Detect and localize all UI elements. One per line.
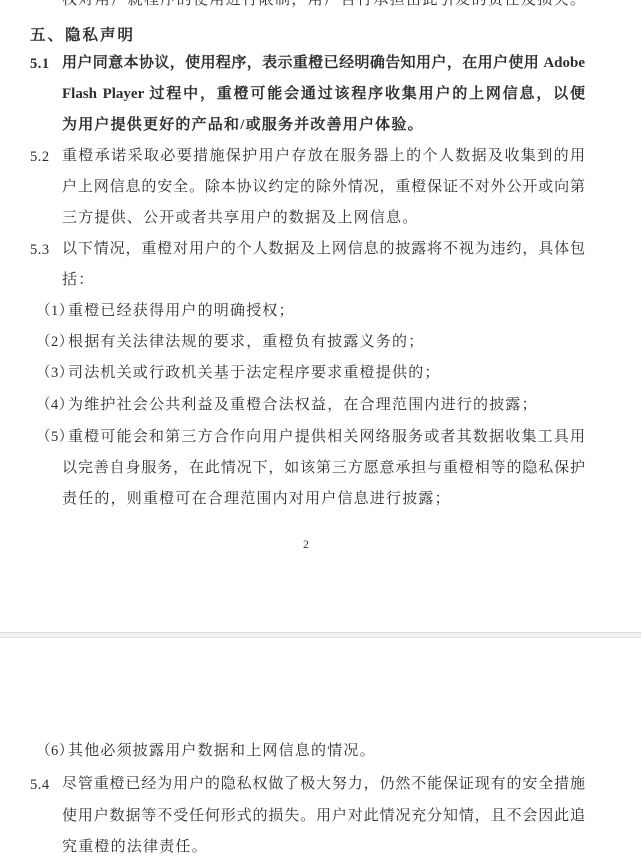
page-number: 2 (0, 537, 612, 552)
item-4-text: 为维护社会公共利益及重橙合法权益，在合理范围内进行的披露； (68, 396, 585, 414)
clause-5-4-line-2: 使用户数据等不受任何形式的损失。用户对此情况充分知情，且不会因此追 (62, 807, 585, 825)
item-2-text: 根据有关法律法规的要求，重橙负有披露义务的； (68, 333, 585, 351)
item-5-line-1: 重橙可能会和第三方合作向用户提供相关网络服务或者其数据收集工具用 (68, 428, 585, 446)
item-5-line-3: 责任的，则重橙可在合理范围内对用户信息进行披露； (62, 490, 585, 508)
section-heading-privacy: 五、隐私声明 (30, 26, 135, 45)
clause-5-4-line-3: 究重橙的法律责任。 (62, 838, 585, 856)
clause-5-3-line-1: 以下情况，重橙对用户的个人数据及上网信息的披露将不视为违约，具体包 (62, 240, 585, 258)
clause-5-2-line-3: 三方提供、公开或者共享用户的数据及上网信息。 (62, 209, 585, 227)
clause-5-2-line-1: 重橙承诺采取必要措施保护用户存放在服务器上的个人数据及收集到的用 (62, 147, 585, 165)
clause-5-1-line-2: Flash Player 过程中，重橙可能会通过该程序收集用户的上网信息，以便 (62, 85, 585, 103)
item-5-line-2: 以完善自身服务，在此情况下，如该第三方愿意承担与重橙相等的隐私保护 (62, 459, 585, 477)
clause-5-1-line-3: 为用户提供更好的产品和/或服务并改善用户体验。 (62, 116, 585, 134)
clipped-top-line: 权对用户就程序的使用进行限制，用户自行承担由此引发的责任及损失。 (62, 0, 585, 9)
clause-5-4-line-1: 尽管重橙已经为用户的隐私权做了极大努力，仍然不能保证现有的安全措施 (62, 775, 585, 793)
clause-5-1-number: 5.1 (30, 55, 50, 73)
clause-5-1-line-1: 用户同意本协议，使用程序，表示重橙已经明确告知用户，在用户使用 Adobe (62, 54, 585, 72)
page-separator (0, 632, 641, 638)
clause-5-2-line-2: 户上网信息的安全。除本协议约定的除外情况，重橙保证不对外公开或向第 (62, 178, 585, 196)
clause-5-2-number: 5.2 (30, 148, 50, 166)
document-page: 权对用户就程序的使用进行限制，用户自行承担由此引发的责任及损失。 五、隐私声明 … (0, 0, 641, 856)
item-6-text: 其他必须披露用户数据和上网信息的情况。 (68, 742, 585, 760)
document-viewer: { "page2": { "clipped_line": "权对用户就程序的使用… (0, 0, 641, 856)
clause-5-3-line-2: 括： (62, 271, 585, 289)
item-1-text: 重橙已经获得用户的明确授权； (68, 302, 585, 320)
clause-5-3-number: 5.3 (30, 241, 50, 259)
clause-5-4-number: 5.4 (30, 776, 50, 794)
item-3-text: 司法机关或行政机关基于法定程序要求重橙提供的； (68, 364, 585, 382)
